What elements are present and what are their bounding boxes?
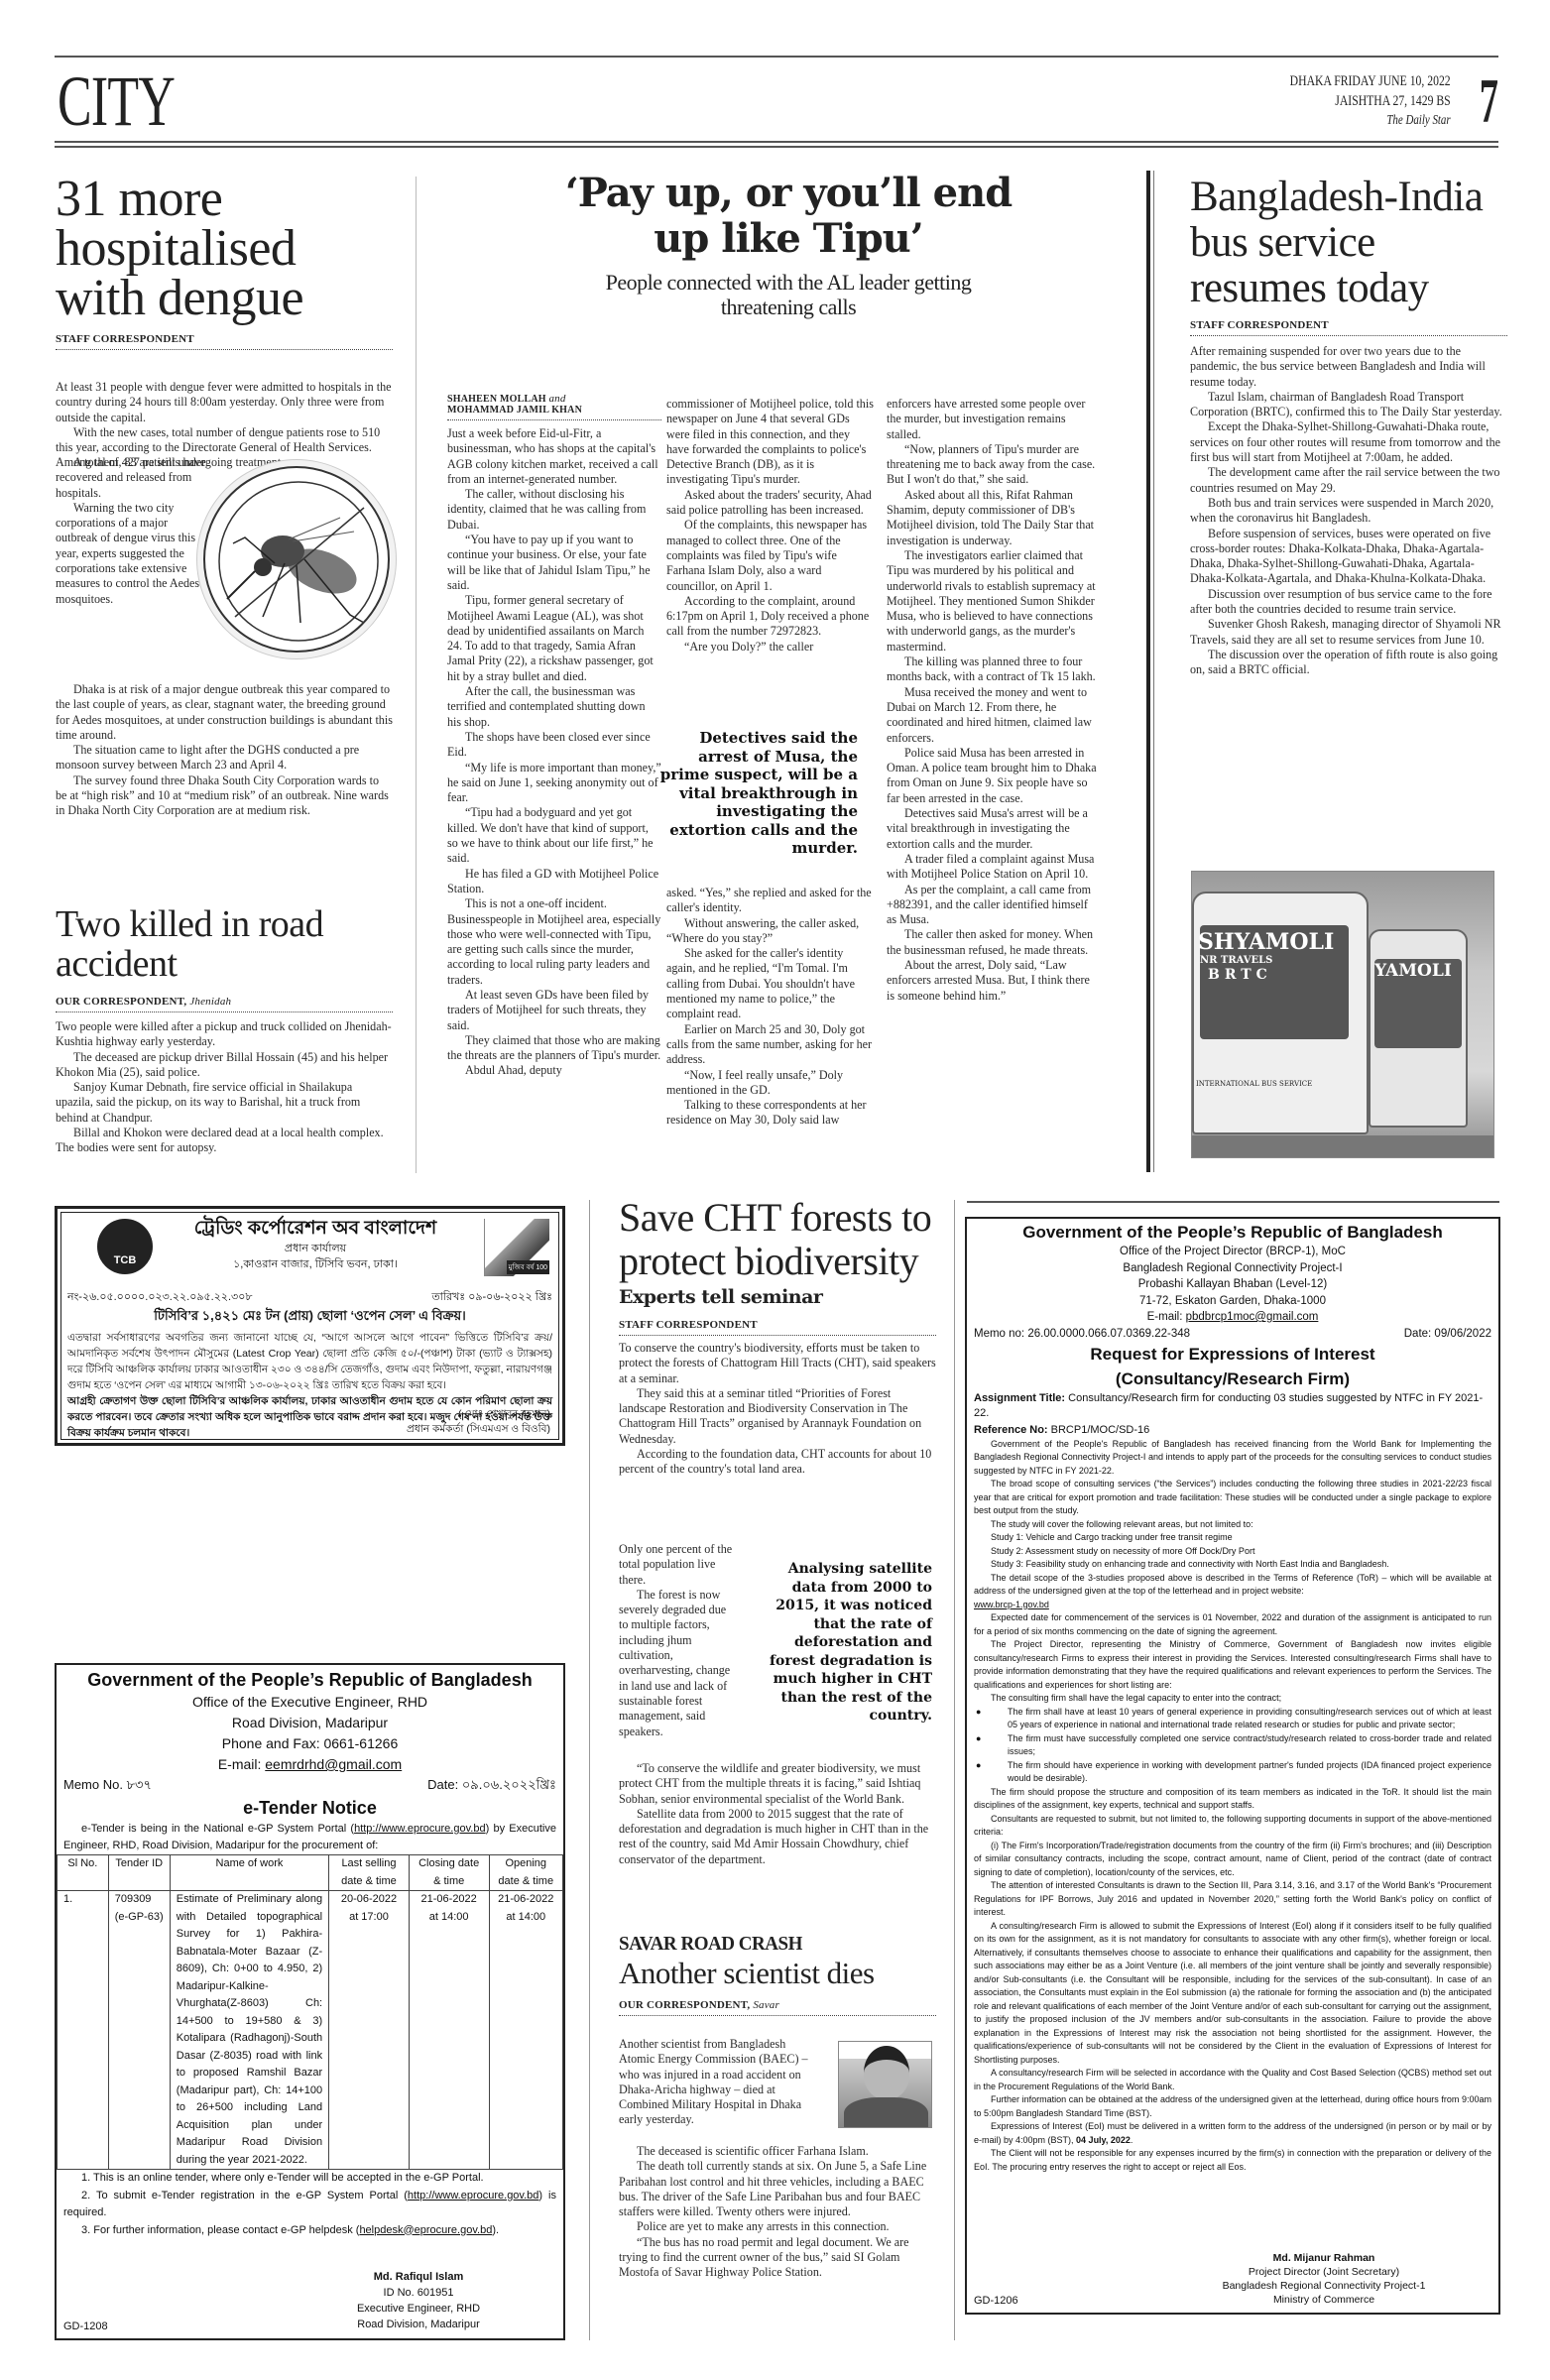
col-sl: Sl No. [58,1855,109,1891]
eoi-reference: Reference No: BRCP1/MOC/SD-16 [967,1422,1498,1438]
mujib-year-logo: মুজিব বর্ষ 100 [507,1260,549,1274]
tcb-designation: প্রধান কর্মকর্তা (সিএমএস ও বিওবি) [407,1422,550,1437]
bus-photo: SHYAMOLI NR TRAVELS BRTC INTERNATIONAL B… [1191,871,1494,1158]
reference-label: Reference No: [974,1424,1048,1436]
rhd-signature: Md. Rafiqul Islam ID No. 601951 Executiv… [344,2269,493,2332]
paragraph: At least 31 people with dengue fever wer… [56,380,393,425]
paragraph: Asked about the traders' security, Ahad … [666,488,875,519]
divider [619,1335,936,1336]
paragraph: The caller, without disclosing his ident… [447,487,661,533]
eoi-date: Date: 09/06/2022 [1404,1326,1491,1342]
cht-pullquote: Analysing satellite data from 2000 to 20… [754,1560,932,1725]
rhd-division: Road Division, Madaripur [57,1713,563,1733]
paragraph: “Tipu had a bodyguard and yet got killed… [447,805,661,866]
paragraph: The shops have been closed ever since Ei… [447,730,661,761]
portrait-face [864,2046,909,2099]
paragraph: “Now, I feel really unsafe,” Doly mentio… [666,1068,875,1099]
cell-last-selling: 20-06-2022 at 17:00 [329,1891,410,2170]
cht-article: Save CHT forests to protect biodiversity… [619,1196,936,1478]
rhd-designation: Executive Engineer, RHD [344,2301,493,2317]
divider [447,419,661,420]
cht-body-top: To conserve the country's biodiversity, … [619,1341,936,1478]
paragraph: commissioner of Motijheel police, told t… [666,397,875,488]
eoi-paragraph: The study will cover the following relev… [974,1518,1491,1532]
paragraph: Just a week before Eid-ul-Fitr, a busine… [447,426,661,487]
road [1192,1135,1493,1157]
cell-sl: 1. [58,1891,109,2170]
logo-text: TCB [114,1254,137,1266]
paragraph: Tipu, former general secretary of Motijh… [447,593,661,684]
eoi-paragraph: Expected date for commencement of the se… [974,1611,1491,1638]
bus-byline: STAFF CORRESPONDENT [1190,319,1507,331]
eoi-criteria-list: The firm shall have at least 10 years of… [974,1706,1491,1786]
masthead-bottom-rule [55,141,1498,143]
eoi-advertisement: Government of the People’s Republic of B… [965,1217,1500,2315]
section-divider [967,1201,1499,1203]
byline-location: Jhenidah [189,996,231,1008]
savar-intro: Another scientist from Bangladesh Atomic… [619,2037,817,2128]
paragraph: After the call, the businessman was terr… [447,684,661,730]
tcb-title: টিসিবি’র ১,৪২১ মেঃ টন (প্রায়) ছোলা ‘ওপে… [67,1307,552,1328]
paragraph: Billal and Khokon were declared dead at … [56,1126,393,1156]
deadline-text: Expressions of Interest (EoI) must be de… [974,2121,1491,2145]
eoi-study-1: Study 1: Vehicle and Cargo tracking unde… [974,1531,1491,1545]
tcb-org-name: ট্রেডিং কর্পোরেশন অব বাংলাদেশ [167,1217,464,1241]
column-divider [416,177,417,1173]
paragraph: She asked for the caller's identity agai… [666,946,875,1021]
column-divider [954,1200,955,2340]
bus-body: After remaining suspended for over two y… [1190,344,1507,678]
paragraph: They claimed that those who are making t… [447,1033,661,1064]
rhd-letterhead: Government of the People’s Republic of B… [57,1665,563,1775]
note-2: 2. To submit e-Tender registration in th… [63,2188,556,2222]
tipu-pullquote: Detectives said the arrest of Musa, the … [655,729,858,858]
paragraph: “To conserve the wildlife and greater bi… [619,1761,936,1807]
cell-closing: 21-06-2022 at 14:00 [409,1891,489,2170]
bus-article: Bangladesh-India bus service resumes tod… [1190,175,1507,678]
divider [619,2015,936,2016]
bus-sign-sub: NR TRAVELS [1200,955,1272,966]
eoi-signatory: Md. Mijanur Rahman [1215,2251,1433,2265]
tcb-date: তারিখঃ ০৯-০৬-২০২২ খ্রিঃ [431,1288,552,1307]
eoi-deadline: 04 July, 2022 [1076,2135,1131,2145]
brand-logo: The Daily Star [1290,111,1451,131]
paragraph: Only one percent of the total population… [619,1542,738,1588]
paragraph: Tazul Islam, chairman of Bangladesh Road… [1190,390,1507,420]
paragraph: He has filed a GD with Motijheel Police … [447,867,661,897]
paragraph: Both bus and train services were suspend… [1190,496,1507,527]
bus-sign: SHYAMOLI [1198,929,1334,955]
bangla-date: JAISHTHA 27, 1429 BS [1290,91,1451,111]
mosquito-icon [205,468,390,653]
rhd-date: Date: ০৯.০৬.২০২২খ্রিঃ [427,1775,556,1795]
paragraph: Warning the two city corporations of a m… [56,501,209,607]
eoi-memo-row: Memo no: 26.00.0000.066.07.0369.22-348 D… [967,1326,1498,1342]
email-label: E-mail: [218,1756,262,1772]
tcb-letterhead: ট্রেডিং কর্পোরেশন অব বাংলাদেশ প্রধান কার… [167,1217,464,1272]
dengue-byline: STAFF CORRESPONDENT [56,333,393,345]
paragraph: “Now, planners of Tipu's murder are thre… [887,442,1097,488]
paragraph: The forest is now severely degraded due … [619,1588,738,1739]
paragraph: The survey found three Dhaka South City … [56,773,393,819]
tipu-subheadline: People connected with the AL leader gett… [436,270,1140,319]
bus-sign-2: YAMOLI [1374,961,1452,981]
cht-subheadline: Experts tell seminar [619,1285,936,1309]
bus-front-1: SHYAMOLI NR TRAVELS BRTC INTERNATIONAL B… [1192,892,1369,1134]
eoi-memo: Memo no: 26.00.0000.066.07.0369.22-348 [974,1326,1190,1342]
rhd-memo: Memo No. ৮৩৭ [63,1775,152,1795]
byline-location: Savar [753,1999,779,2011]
savar-byline: OUR CORRESPONDENT, Savar [619,1999,936,2011]
reference-value: BRCP1/MOC/SD-16 [1051,1424,1150,1436]
dengue-body-narrow: A total of 427 patients have recovered a… [56,455,209,607]
eoi-project: Bangladesh Regional Connectivity Project… [967,1260,1498,1277]
tipu-byline: SHAHEEN MOLLAH and MOHAMMAD JAMIL KHAN [447,394,661,416]
eoi-paragraph-deadline: Expressions of Interest (EoI) must be de… [974,2120,1491,2147]
paragraph: Discussion over resumption of bus servic… [1190,587,1507,618]
paragraph: Without answering, the caller asked, “Wh… [666,916,875,947]
project-website-link[interactable]: www.brcp-1.gov.bd [974,1600,1049,1609]
eoi-designation: Project Director (Joint Secretary) [1215,2265,1433,2279]
tcb-para-1: এতদ্বারা সর্বসাধারণের অবগতির জন্য জানানো… [67,1330,552,1393]
eoi-paragraph: (i) The Firm's Incorporation/Trade/regis… [974,1840,1491,1880]
eoi-email-link[interactable]: pbdbrcp1moc@gmail.com [1186,1311,1319,1323]
eoi-address: 71-72, Eskaton Garden, Dhaka-1000 [967,1293,1498,1310]
rhd-email-line: E-mail: eemrdrhd@gmail.com [57,1754,563,1775]
col-name-of-work: Name of work [170,1855,328,1891]
byline-name: OUR CORRESPONDENT, [619,1999,750,2011]
divider [56,1011,393,1012]
eoi-paragraph: The attention of interested Consultants … [974,1879,1491,1920]
paragraph: “The bus has no road permit and legal do… [619,2235,936,2281]
eoi-paragraph: The detail scope of the 3-studies propos… [974,1572,1491,1599]
paragraph: Satellite data from 2000 to 2015 suggest… [619,1807,936,1867]
rhd-etender-advertisement: Government of the People’s Republic of B… [55,1663,565,2340]
eoi-building: Probashi Kallayan Bhaban (Level-12) [967,1276,1498,1293]
paragraph: A trader filed a complaint against Musa … [887,852,1097,883]
eoi-title-line-1: Request for Expressions of Interest [967,1342,1498,1367]
eoi-criteria-item: The firm should have experience in worki… [974,1759,1491,1786]
eoi-body: Government of the People's Republic of B… [967,1438,1498,2175]
paragraph: Police are yet to make any arrests in th… [619,2219,936,2234]
col-closing: Closing date & time [409,1855,489,1891]
helpdesk-email-link[interactable]: helpdesk@eprocure.gov.bd [359,2224,492,2236]
rhd-gov: Government of the People’s Republic of B… [57,1668,563,1692]
masthead-bottom-rule-2 [55,146,1498,148]
paragraph: The deceased are pickup driver Billal Ho… [56,1050,393,1081]
eoi-paragraph: The Project Director, representing the M… [974,1638,1491,1692]
cell-tender-id: 709309 (e-GP-63) [108,1891,170,2170]
paragraph: About the arrest, Doly said, “Law enforc… [887,958,1097,1004]
paragraph: Police said Musa has been arrested in Om… [887,746,1097,806]
paragraph: The development came after the rail serv… [1190,465,1507,496]
page-number: 7 [1480,71,1498,131]
rhd-id: ID No. 601951 [344,2285,493,2301]
tipu-col2-top: commissioner of Motijheel police, told t… [666,397,875,654]
paragraph: enforcers have arrested some people over… [887,397,1097,442]
column-divider [589,1200,590,2340]
author-1: SHAHEEN MOLLAH [447,394,546,405]
paragraph: The discussion over the operation of fif… [1190,648,1507,678]
deadline-end: . [1131,2135,1133,2145]
date-line: DHAKA FRIDAY JUNE 10, 2022 [1290,71,1451,91]
eoi-study-2: Study 2: Assessment study on necessity o… [974,1545,1491,1559]
eoi-paragraph: The firm should propose the structure an… [974,1786,1491,1813]
paragraph: Earlier on March 25 and 30, Doly got cal… [666,1022,875,1068]
rhd-email-link[interactable]: eemrdrhd@gmail.com [265,1756,402,1772]
road-accident-headline[interactable]: Two killed in road accident [56,904,393,984]
eoi-assignment: Assignment Title: Consultancy/Research f… [967,1391,1498,1422]
eoi-signature: Md. Mijanur Rahman Project Director (Joi… [1215,2251,1433,2307]
paragraph: The situation came to light after the DG… [56,743,393,773]
eoi-project-sign: Bangladesh Regional Connectivity Project… [1215,2279,1433,2293]
eoi-ministry: Ministry of Commerce [1215,2293,1433,2307]
cht-headline[interactable]: Save CHT forests to protect biodiversity [619,1196,936,1283]
road-accident-article: Two killed in road accident OUR CORRESPO… [56,904,393,1156]
byline-and: and [548,393,565,405]
eoi-criteria-item: The firm shall have at least 10 years of… [974,1706,1491,1732]
paragraph: Except the Dhaka-Sylhet-Shillong-Guwahat… [1190,419,1507,465]
tipu-col3: enforcers have arrested some people over… [887,397,1097,1004]
savar-kicker: SAVAR ROAD CRASH [619,1932,920,1956]
paragraph: The caller then asked for money. When th… [887,927,1097,958]
tcb-advertisement: TCB মুজিব বর্ষ 100 ট্রেডিং কর্পোরেশন অব … [55,1206,565,1446]
paragraph: asked. “Yes,” she replied and asked for … [666,886,875,916]
tcb-signature: ( মোঃ শেখাবুর রহমান) প্রধান কর্মকর্তা (স… [407,1407,550,1437]
paragraph: Abdul Ahad, deputy [447,1063,661,1078]
rhd-title: e-Tender Notice [57,1795,563,1821]
rhd-memo-row: Memo No. ৮৩৭ Date: ০৯.০৬.২০২২খ্রিঃ [57,1775,563,1795]
col-last-selling: Last selling date & time [329,1855,410,1891]
paragraph: Musa received the money and went to Duba… [887,685,1097,746]
byline-name: OUR CORRESPONDENT, [56,996,186,1008]
paragraph: A total of 427 patients have recovered a… [56,455,209,501]
tipu-article-header: ‘Pay up, or you’ll end up like Tipu’ Peo… [436,171,1140,319]
paragraph: To conserve the country's biodiversity, … [619,1341,936,1386]
tipu-headline[interactable]: ‘Pay up, or you’ll end up like Tipu’ [436,171,1140,262]
eoi-paragraph: The broad scope of consulting services (… [974,1478,1491,1518]
paragraph: “You have to pay up if you want to conti… [447,533,661,593]
eprocure-link[interactable]: http://www.eprocure.gov.bd [354,1823,485,1835]
tcb-signatory: ( মোঃ শেখাবুর রহমান) [407,1407,550,1422]
road-accident-body: Two people were killed after a pickup an… [56,1019,393,1156]
paragraph: According to the foundation data, CHT ac… [619,1447,936,1478]
dengue-headline[interactable]: 31 more hospitalised with dengue [56,175,393,323]
paragraph: The death toll currently stands at six. … [619,2159,936,2219]
cht-body-narrow: Only one percent of the total population… [619,1542,738,1739]
section-title: CITY [58,65,175,137]
eoi-letterhead: Government of the People’s Republic of B… [967,1219,1498,1326]
note-text: 2. To submit e-Tender registration in th… [81,2190,408,2201]
note-1: 1. This is an online tender, where only … [63,2170,556,2188]
masthead-top-rule [55,56,1498,58]
eoi-paragraph: A consulting/research Firm is allowed to… [974,1920,1491,2068]
dengue-article: 31 more hospitalised with dengue STAFF C… [56,175,393,350]
rhd-phone: Phone and Fax: 0661-61266 [57,1733,563,1754]
paragraph: Sanjoy Kumar Debnath, fire service offic… [56,1080,393,1126]
eoi-title: Request for Expressions of Interest (Con… [967,1342,1498,1391]
portrait-shoulders [844,2097,928,2128]
eoi-title-line-2: (Consultancy/Research Firm) [967,1367,1498,1391]
email-label: E-mail: [1147,1311,1183,1323]
bus-headline[interactable]: Bangladesh-India bus service resumes tod… [1190,175,1507,311]
tender-table: Sl No. Tender ID Name of work Last selli… [57,1854,563,2170]
cell-opening: 21-06-2022 at 14:00 [489,1891,563,2170]
tcb-address: ১,কাওরান বাজার, টিসিবি ভবন, ঢাকা। [167,1256,464,1272]
dengue-body-lower: Dhaka is at risk of a major dengue outbr… [56,682,393,819]
eoi-paragraph: Government of the People's Republic of B… [974,1438,1491,1479]
rhd-intro: e-Tender is being in the National e-GP S… [57,1821,563,1854]
divider [1190,335,1507,336]
note-3: 3. For further information, please conta… [63,2222,556,2240]
paragraph: “Are you Doly?” the caller [666,640,875,654]
tipu-col2-bottom: asked. “Yes,” she replied and asked for … [666,886,875,1129]
tcb-memo: নং-২৬.০৫.০০০০.০২৩.২২.০৯৫.২২.৩০৮ [67,1288,253,1307]
eoi-criteria-item: The firm must have successfully complete… [974,1732,1491,1759]
eoi-paragraph: The consulting firm shall have the legal… [974,1692,1491,1706]
paragraph: The killing was planned three to four mo… [887,654,1097,685]
cht-body-bottom: “To conserve the wildlife and greater bi… [619,1761,936,1867]
tipu-col1-body: Just a week before Eid-ul-Fitr, a busine… [447,426,661,1079]
column-divider-thin [1153,171,1154,1172]
col-opening: Opening date & time [489,1855,563,1891]
paragraph: They said this at a seminar titled “Prio… [619,1386,936,1447]
paragraph: Before suspension of services, buses wer… [1190,527,1507,587]
paragraph: After remaining suspended for over two y… [1190,344,1507,390]
road-accident-byline: OUR CORRESPONDENT, Jhenidah [56,996,393,1008]
eoi-paragraph: The Client will not be responsible for a… [974,2147,1491,2174]
rhd-ad-code: GD-1208 [63,2320,108,2332]
paragraph: Talking to these correspondents at her r… [666,1098,875,1129]
rhd-notes: 1. This is an online tender, where only … [57,2170,563,2239]
cht-byline: STAFF CORRESPONDENT [619,1319,936,1331]
rhd-division-sign: Road Division, Madaripur [344,2317,493,2332]
paragraph: Dhaka is at risk of a major dengue outbr… [56,682,393,743]
paragraph: Asked about all this, Rifat Rahman Shami… [887,488,1097,548]
paragraph: The investigators earlier claimed that T… [887,548,1097,654]
note-text: ). [492,2224,499,2236]
table-header-row: Sl No. Tender ID Name of work Last selli… [58,1855,563,1891]
paragraph: According to the complaint, around 6:17p… [666,594,875,640]
eoi-paragraph: A consultancy/research Firm will be sele… [974,2067,1491,2093]
eoi-paragraph: Further information can be obtained at t… [974,2093,1491,2120]
note-text: 3. For further information, please conta… [81,2224,359,2236]
paragraph: At least seven GDs have been filed by tr… [447,988,661,1033]
bus-front-2: YAMOLI [1369,929,1468,1128]
bus-service-label: INTERNATIONAL BUS SERVICE [1196,1080,1312,1088]
table-row: 1. 709309 (e-GP-63) Estimate of Prelimin… [58,1891,563,2170]
column-divider-heavy [1146,171,1150,1172]
mujib-portrait: মুজিব বর্ষ 100 [484,1219,549,1276]
paragraph: “My life is more important than money,” … [447,761,661,806]
eoi-office: Office of the Project Director (BRCP-1),… [967,1244,1498,1260]
author-2: MOHAMMAD JAMIL KHAN [447,405,582,416]
intro-text: e-Tender is being in the National e-GP S… [81,1823,354,1835]
paragraph: Of the complaints, this newspaper has ma… [666,518,875,593]
tipu-col1: SHAHEEN MOLLAH and MOHAMMAD JAMIL KHAN J… [447,394,661,1079]
savar-headline[interactable]: Another scientist dies [619,1956,936,1991]
eoi-email-line: E-mail: pbdbrcp1moc@gmail.com [967,1309,1498,1326]
paragraph: Suvenker Ghosh Rakesh, managing director… [1190,617,1507,648]
savar-article: SAVAR ROAD CRASH Another scientist dies … [619,1932,936,2016]
col-tender-id: Tender ID [108,1855,170,1891]
rhd-office: Office of the Executive Engineer, RHD [57,1692,563,1713]
eoi-study-3: Study 3: Feasibility study on enhancing … [974,1558,1491,1572]
cell-work: Estimate of Preliminary along with Detai… [170,1891,328,2170]
tcb-office: প্রধান কার্যালয় [167,1241,464,1256]
savar-body: The deceased is scientific officer Farha… [619,2144,936,2281]
paragraph: Two people were killed after a pickup an… [56,1019,393,1050]
paragraph: Detectives said Musa's arrest will be a … [887,806,1097,852]
eoi-paragraph: Consultants are requested to submit, but… [974,1813,1491,1840]
rhd-signatory: Md. Rafiqul Islam [344,2269,493,2285]
bus-brtc: BRTC [1208,967,1272,983]
paragraph: As per the complaint, a call came from +… [887,883,1097,928]
assignment-label: Assignment Title: [974,1392,1065,1404]
divider [56,349,393,350]
scientist-portrait [838,2041,932,2128]
eprocure-link-2[interactable]: http://www.eprocure.gov.bd [408,2190,538,2201]
mosquito-image [203,466,390,653]
paragraph: The deceased is scientific officer Farha… [619,2144,936,2159]
tcb-logo-icon: TCB [97,1219,153,1274]
paragraph: This is not a one-off incident. Business… [447,896,661,988]
eoi-ad-code: GD-1206 [974,2295,1018,2307]
dateline: DHAKA FRIDAY JUNE 10, 2022 JAISHTHA 27, … [1290,71,1451,131]
eoi-gov: Government of the People’s Republic of B… [967,1222,1498,1244]
